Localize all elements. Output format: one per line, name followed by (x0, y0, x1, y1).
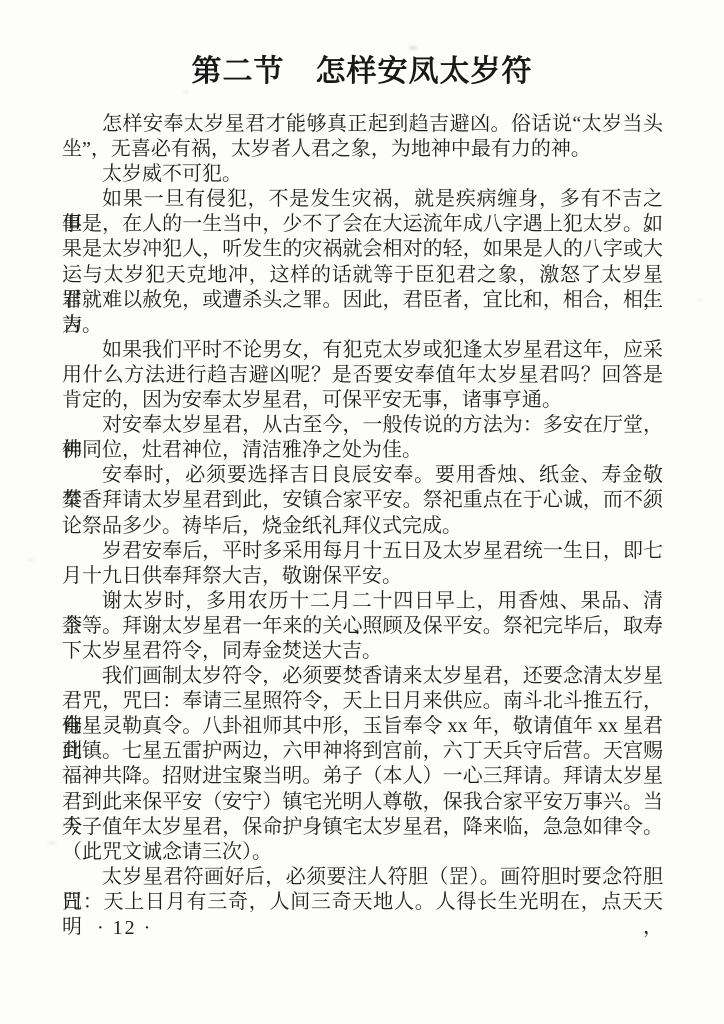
text-line: 福神共降。招财进宝聚当明。弟子（本人）一心三拜请。拜请太岁星 (62, 764, 663, 789)
text-line: 佛同位，灶君神位，清洁雅净之处为佳。 (62, 438, 663, 463)
text-line: 如果我们平时不论男女，有犯克太岁或犯逢太岁星君这年，应采 (62, 338, 663, 363)
text-line: 君咒，咒曰：奉请三星照符令，天上日月来供应。南斗北斗推五行，奄 (62, 689, 663, 714)
page-number: · 12 · (97, 917, 152, 940)
text-line: 吉。 (62, 313, 663, 338)
text-line: 太岁威不可犯。 (62, 162, 663, 187)
text-line: 肯定的，因为安奉太岁星君，可保平安无事，诸事亨通。 (62, 388, 663, 413)
text-line: 太岁星君符画好后，必须要注人符胆（罡）。画符胆时要念符胆咒 (62, 865, 663, 890)
text-line: 君到此来保平安（安宁）镇宅光明人尊敬，保我合家平安万事兴。当今 (62, 790, 663, 815)
text-line: 用什么方法进行趋吉避凶呢？是否要安奉值年太岁星君吗？回答是 (62, 363, 663, 388)
text-line: 岁君安奉后，平时多采用每月十五日及太岁星君统一生日，即七 (62, 539, 663, 564)
text-line: 果是太岁冲犯人，听发生的灾祸就会相对的轻，如果是人的八字或大 (62, 237, 663, 262)
text-line: 罪就难以赦免，或遭杀头之罪。因此，君臣者，宜比和，相合，相生为 (62, 288, 663, 313)
text-line: 佛星灵勒真令。八卦祖师其中形，玉旨奉令 xx 年，敬请值年 xx 星君到 (62, 714, 663, 739)
text-line: （此咒文诚念请三次）。 (62, 840, 663, 865)
text-line: 下太岁星君符令，同寿金焚送大吉。 (62, 639, 663, 664)
text-line: 金等。拜谢太岁星君一年来的关心照顾及保平安。祭祀完毕后，取一 (62, 614, 663, 639)
text-line: 论祭品多少。祷毕后，烧金纸礼拜仪式完成。 (62, 514, 663, 539)
text-line: 如果一旦有侵犯，不是发生灾祸，就是疾病缠身，多有不吉之事。 (62, 187, 663, 212)
text-line: 但是，在人的一生当中，少不了会在大运流年成八字遇上犯太岁。如 (62, 212, 663, 237)
text-line: 此镇。七星五雷护两边，六甲神将到宫前，六丁天兵守后营。天宫赐 (62, 739, 663, 764)
text-line: 运与太岁犯天克地冲，这样的话就等于臣犯君之象，激怒了太岁星君， (62, 263, 663, 288)
text-line: 谢太岁时，多用农历十二月二十四日早上，用香烛、果品、清茶、寿 (62, 589, 663, 614)
scanned-book-page: 第二节 怎样安凤太岁符 怎样安奉太岁星君才能够真正起到趋吉避凶。俗话说“太岁当头… (0, 0, 724, 1024)
text-line: 我们画制太岁符令，必须要焚香请来太岁星君，还要念清太岁星 (62, 664, 663, 689)
text-line: 月十九日供奉拜祭大吉，敬谢保平安。 (62, 564, 663, 589)
text-line: 焚香拜请太岁星君到此，安镇合家平安。祭祀重点在于心诚，而不须 (62, 488, 663, 513)
section-title: 第二节 怎样安凤太岁符 (0, 46, 724, 90)
text-line: 安奉时，必须要选择吉日良辰安奉。要用香烛、纸金、寿金敬奉。 (62, 463, 663, 488)
text-line: 坐”，无喜必有祸，太岁者人君之象，为地神中最有力的神。 (62, 137, 663, 162)
text-line: 怎样安奉太岁星君才能够真正起到趋吉避凶。俗话说“太岁当头 (62, 112, 663, 137)
body-text: 怎样安奉太岁星君才能够真正起到趋吉避凶。俗话说“太岁当头坐”，无喜必有祸，太岁者… (62, 112, 663, 915)
text-line: 曰：天上日月有三奇，人间三奇天地人。人得长生光明在，点天天明， (62, 890, 663, 915)
text-line: 对安奉太岁星君，从古至今，一般传说的方法为：多安在厅堂，神 (62, 413, 663, 438)
text-line: 天子值年太岁星君，保命护身镇宅太岁星君，降来临，急急如律令。 (62, 815, 663, 840)
